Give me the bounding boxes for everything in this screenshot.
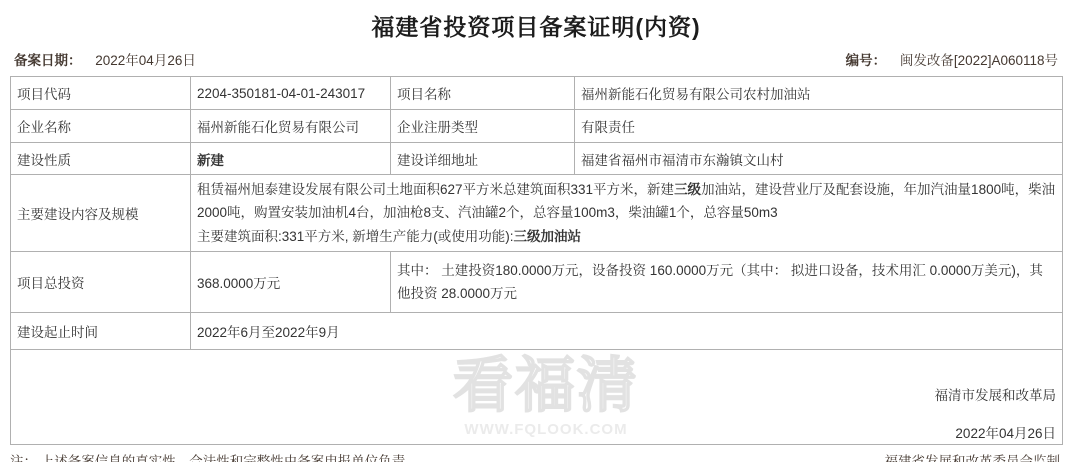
footer-supervisor: 福建省发展和改革委员会监制 <box>885 450 1061 462</box>
construction-content-label: 主要建设内容及规模 <box>11 175 191 252</box>
table-row: 主要建设内容及规模 租赁福州旭泰建设发展有限公司土地面积627平方米总建筑面积3… <box>11 175 1063 252</box>
address-value: 福建省福州市福清市东瀚镇文山村 <box>575 143 1063 175</box>
enterprise-name-label: 企业名称 <box>11 110 191 143</box>
investment-breakdown: 其中： 土建投资180.0000万元，设备投资 160.0000万元（其中： 拟… <box>391 252 1063 313</box>
content-paragraph-1: 租赁福州旭泰建设发展有限公司土地面积627平方米总建筑面积331平方米，新建三级… <box>197 178 1056 224</box>
table-row: 项目代码 2204-350181-04-01-243017 项目名称 福州新能石… <box>11 77 1063 110</box>
content-paragraph-2: 主要建筑面积:331平方米, 新增生产能力(或使用功能):三级加油站 <box>197 225 1056 248</box>
construction-nature-label: 建设性质 <box>11 143 191 175</box>
address-label: 建设详细地址 <box>391 143 575 175</box>
construction-period-value: 2022年6月至2022年9月 <box>191 313 1063 350</box>
filing-date-label: 备案日期： <box>14 53 82 68</box>
table-row: 企业名称 福州新能石化贸易有限公司 企业注册类型 有限责任 <box>11 110 1063 143</box>
registration-type-label: 企业注册类型 <box>391 110 575 143</box>
project-name-value: 福州新能石化贸易有限公司农村加油站 <box>575 77 1063 110</box>
construction-content-value: 租赁福州旭泰建设发展有限公司土地面积627平方米总建筑面积331平方米，新建三级… <box>191 175 1063 252</box>
certificate-document: 福建省投资项目备案证明(内资) 备案日期： 2022年04月26日 编号： 闽发… <box>0 0 1072 462</box>
project-code-value: 2204-350181-04-01-243017 <box>191 77 391 110</box>
footer-note: 注： 上述备案信息的真实性、合法性和完整性由备案申报单位负责 <box>10 450 405 462</box>
total-investment-value: 368.0000万元 <box>191 252 391 313</box>
certificate-number-label: 编号： <box>846 53 887 68</box>
certificate-number: 编号： 闽发改备[2022]A060118号 <box>846 49 1058 69</box>
page-title: 福建省投资项目备案证明(内资) <box>0 9 1072 42</box>
table-row: 建设性质 新建 建设详细地址 福建省福州市福清市东瀚镇文山村 <box>11 143 1063 175</box>
certificate-table: 项目代码 2204-350181-04-01-243017 项目名称 福州新能石… <box>10 76 1063 445</box>
project-name-label: 项目名称 <box>391 77 575 110</box>
construction-period-label: 建设起止时间 <box>11 313 191 350</box>
signature-cell: 福清市发展和改革局 2022年04月26日 <box>11 350 1063 445</box>
construction-nature-value: 新建 <box>191 143 391 175</box>
total-investment-label: 项目总投资 <box>11 252 191 313</box>
project-code-label: 项目代码 <box>11 77 191 110</box>
table-row: 项目总投资 368.0000万元 其中： 土建投资180.0000万元，设备投资… <box>11 252 1063 313</box>
header-meta-row: 备案日期： 2022年04月26日 编号： 闽发改备[2022]A060118号 <box>14 49 1058 69</box>
table-row: 福清市发展和改革局 2022年04月26日 <box>11 350 1063 445</box>
filing-date-value: 2022年04月26日 <box>95 53 196 68</box>
footer-row: 注： 上述备案信息的真实性、合法性和完整性由备案申报单位负责 福建省发展和改革委… <box>10 450 1060 462</box>
registration-type-value: 有限责任 <box>575 110 1063 143</box>
certificate-number-value: 闽发改备[2022]A060118号 <box>900 53 1058 68</box>
issuing-authority: 福清市发展和改革局 <box>17 384 1056 404</box>
filing-date: 备案日期： 2022年04月26日 <box>14 49 196 69</box>
enterprise-name-value: 福州新能石化贸易有限公司 <box>191 110 391 143</box>
issuing-date: 2022年04月26日 <box>17 422 1056 442</box>
table-row: 建设起止时间 2022年6月至2022年9月 <box>11 313 1063 350</box>
